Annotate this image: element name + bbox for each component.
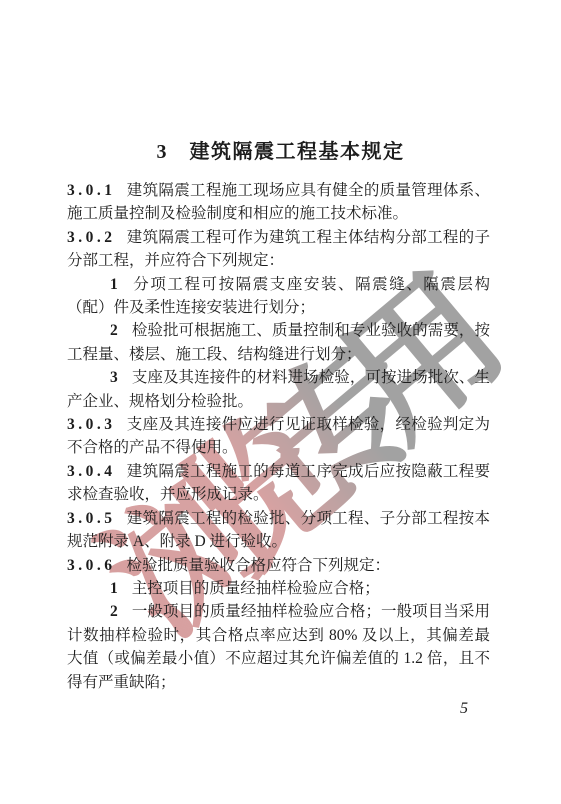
subclause-1: 1分项工程可按隔震支座安装、隔震缝、隔震层构（配）件及柔性连接安装进行划分； bbox=[67, 273, 490, 320]
subclause-number: 2 bbox=[110, 322, 118, 339]
subclause-2: 2一般项目的质量经抽样检验应合格；一般项目当采用计数抽样检验时，其合格点率应达到… bbox=[67, 600, 490, 694]
clause-number: 3.0.2 bbox=[67, 229, 116, 246]
clause-3-0-3: 3.0.3支座及其连接件应进行见证取样检验，经检验判定为不合格的产品不得使用。 bbox=[67, 413, 490, 460]
subclause-1: 1主控项目的质量经抽样检验应合格； bbox=[67, 577, 490, 600]
clause-number: 3.0.6 bbox=[67, 557, 116, 574]
subclause-text: 检验批可根据施工、质量控制和专业验收的需要，按工程量、楼层、施工段、结构缝进行划… bbox=[67, 322, 490, 362]
subclause-text: 分项工程可按隔震支座安装、隔震缝、隔震层构（配）件及柔性连接安装进行划分； bbox=[67, 276, 490, 316]
clause-text: 支座及其连接件应进行见证取样检验，经检验判定为不合格的产品不得使用。 bbox=[67, 416, 490, 456]
clause-3-0-5: 3.0.5建筑隔震工程的检验批、分项工程、子分部工程按本规范附录 A、附录 D … bbox=[67, 507, 490, 554]
subclause-number: 1 bbox=[110, 276, 118, 293]
subclause-text: 主控项目的质量经抽样检验应合格； bbox=[132, 580, 380, 597]
body-text: 3.0.1建筑隔震工程施工现场应具有健全的质量管理体系、施工质量控制及检验制度和… bbox=[67, 179, 490, 694]
subclause-text: 支座及其连接件的材料进场检验，可按进场批次、生产企业、规格划分检验批。 bbox=[67, 369, 490, 409]
subclause-number: 1 bbox=[110, 580, 118, 597]
clause-number: 3.0.5 bbox=[67, 510, 116, 527]
subclause-3: 3支座及其连接件的材料进场检验，可按进场批次、生产企业、规格划分检验批。 bbox=[67, 366, 490, 413]
clause-text: 建筑隔震工程可作为建筑工程主体结构分部工程的子分部工程，并应符合下列规定： bbox=[67, 229, 490, 269]
clause-number: 3.0.1 bbox=[67, 182, 116, 199]
clause-number: 3.0.3 bbox=[67, 416, 116, 433]
subclause-number: 2 bbox=[110, 603, 118, 620]
clause-text: 建筑隔震工程施工的每道工序完成后应按隐蔽工程要求检查验收，并应形成记录。 bbox=[67, 463, 490, 503]
clause-3-0-6: 3.0.6检验批质量验收合格应符合下列规定： bbox=[67, 554, 490, 577]
clause-3-0-1: 3.0.1建筑隔震工程施工现场应具有健全的质量管理体系、施工质量控制及检验制度和… bbox=[67, 179, 490, 226]
clause-text: 检验批质量验收合格应符合下列规定： bbox=[127, 557, 391, 574]
page-number: 5 bbox=[460, 700, 468, 718]
document-page: 浏览专用 3 建筑隔震工程基本规定 3.0.1建筑隔震工程施工现场应具有健全的质… bbox=[0, 0, 561, 804]
clause-3-0-2: 3.0.2建筑隔震工程可作为建筑工程主体结构分部工程的子分部工程，并应符合下列规… bbox=[67, 226, 490, 273]
chapter-title: 3 建筑隔震工程基本规定 bbox=[0, 135, 561, 164]
clause-text: 建筑隔震工程的检验批、分项工程、子分部工程按本规范附录 A、附录 D 进行验收。 bbox=[67, 510, 490, 550]
subclause-number: 3 bbox=[110, 369, 118, 386]
clause-3-0-4: 3.0.4建筑隔震工程施工的每道工序完成后应按隐蔽工程要求检查验收，并应形成记录… bbox=[67, 460, 490, 507]
clause-number: 3.0.4 bbox=[67, 463, 116, 480]
clause-text: 建筑隔震工程施工现场应具有健全的质量管理体系、施工质量控制及检验制度和相应的施工… bbox=[67, 182, 490, 222]
subclause-text: 一般项目的质量经抽样检验应合格；一般项目当采用计数抽样检验时，其合格点率应达到 … bbox=[67, 603, 490, 690]
subclause-2: 2检验批可根据施工、质量控制和专业验收的需要，按工程量、楼层、施工段、结构缝进行… bbox=[67, 319, 490, 366]
